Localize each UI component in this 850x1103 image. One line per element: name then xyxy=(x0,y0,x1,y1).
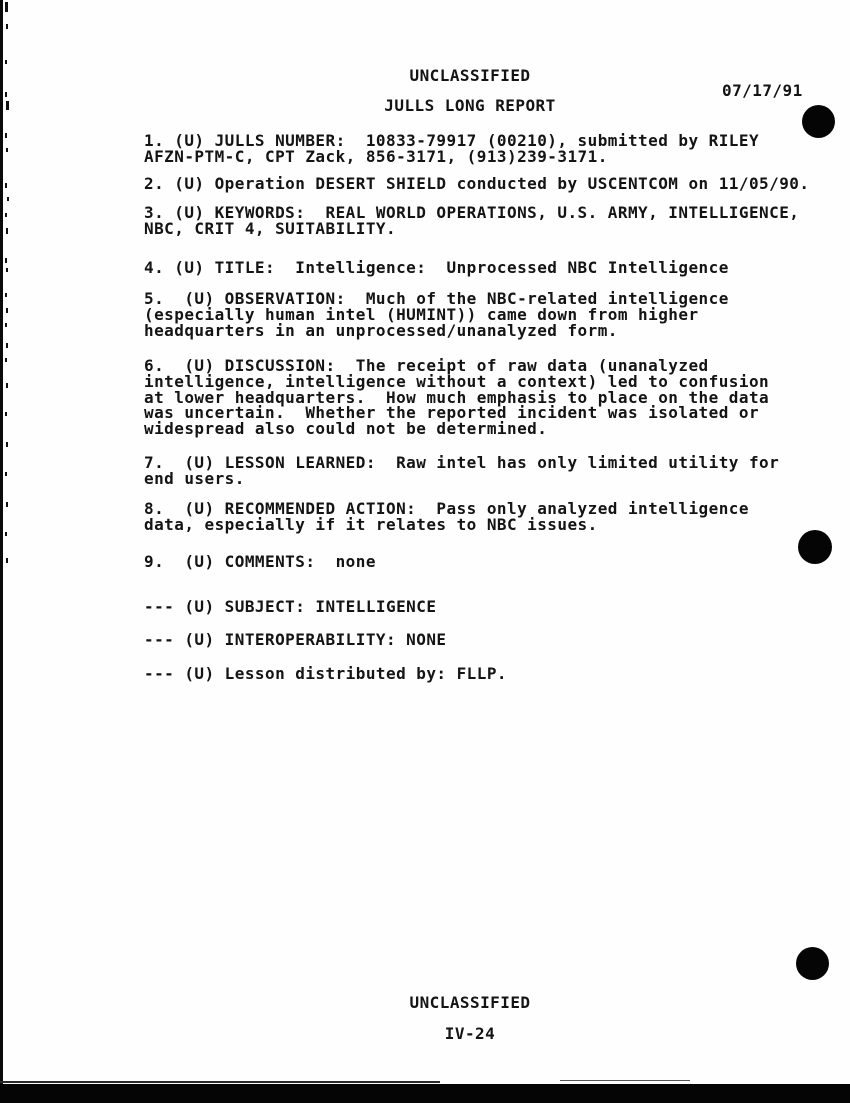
paragraph-title: 4. (U) TITLE: Intelligence: Unprocessed … xyxy=(144,260,834,276)
scan-edge-dash xyxy=(6,24,8,29)
scan-edge-dash xyxy=(6,228,8,234)
scan-left-edge xyxy=(0,0,3,1103)
classification-footer: UNCLASSIFIED xyxy=(140,995,800,1011)
scan-edge-dash xyxy=(6,502,8,507)
scan-edge-dash xyxy=(5,92,7,97)
document-page: UNCLASSIFIED 07/17/91 JULLS LONG REPORT … xyxy=(0,0,850,1103)
scan-edge-dash xyxy=(6,442,8,447)
paragraph-distributed-by: --- (U) Lesson distributed by: FLLP. xyxy=(144,666,834,682)
scan-edge-dash xyxy=(5,532,7,536)
page-number: IV-24 xyxy=(140,1026,800,1042)
scan-edge-dash xyxy=(7,197,9,201)
paragraph-julls-number: 1. (U) JULLS NUMBER: 10833-79917 (00210)… xyxy=(144,133,834,165)
paragraph-comments: 9. (U) COMMENTS: none xyxy=(144,554,834,570)
paragraph-recommended-action: 8. (U) RECOMMENDED ACTION: Pass only ana… xyxy=(144,501,834,533)
scan-edge-dash xyxy=(5,293,7,297)
hole-punch-bottom xyxy=(796,947,829,980)
scan-bottom-bar xyxy=(0,1084,850,1103)
paragraph-interoperability: --- (U) INTEROPERABILITY: NONE xyxy=(144,632,834,648)
scan-edge-dash xyxy=(6,343,8,348)
paragraph-observation: 5. (U) OBSERVATION: Much of the NBC-rela… xyxy=(144,291,834,338)
scan-edge-dash xyxy=(6,268,8,272)
scan-edge-dash xyxy=(5,2,8,12)
date-stamp: 07/17/91 xyxy=(722,83,803,99)
scan-edge-dash xyxy=(6,101,9,110)
scan-edge-dash xyxy=(6,148,8,152)
paragraph-subject: --- (U) SUBJECT: INTELLIGENCE xyxy=(144,599,834,615)
scan-edge-dash xyxy=(6,383,8,388)
classification-header: UNCLASSIFIED xyxy=(140,68,800,84)
scan-bottom-edge-line xyxy=(0,1081,440,1083)
paragraph-lesson-learned: 7. (U) LESSON LEARNED: Raw intel has onl… xyxy=(144,455,834,487)
scan-edge-dash xyxy=(6,308,8,313)
scan-edge-dash xyxy=(5,358,7,362)
scan-edge-dash xyxy=(5,412,7,416)
scan-edge-dash xyxy=(5,258,7,263)
scan-edge-dash xyxy=(5,213,7,217)
scan-bottom-edge-line xyxy=(560,1080,690,1081)
paragraph-keywords: 3. (U) KEYWORDS: REAL WORLD OPERATIONS, … xyxy=(144,205,834,237)
scan-edge-dash xyxy=(5,60,7,64)
scan-edge-dash xyxy=(5,133,7,138)
report-title: JULLS LONG REPORT xyxy=(140,98,800,114)
scan-edge-dash xyxy=(6,558,8,563)
scan-edge-dash xyxy=(5,183,7,188)
paragraph-discussion: 6. (U) DISCUSSION: The receipt of raw da… xyxy=(144,358,834,437)
paragraph-operation: 2. (U) Operation DESERT SHIELD conducted… xyxy=(144,176,834,192)
scan-edge-dash xyxy=(5,472,7,476)
scan-edge-dash xyxy=(5,323,7,327)
